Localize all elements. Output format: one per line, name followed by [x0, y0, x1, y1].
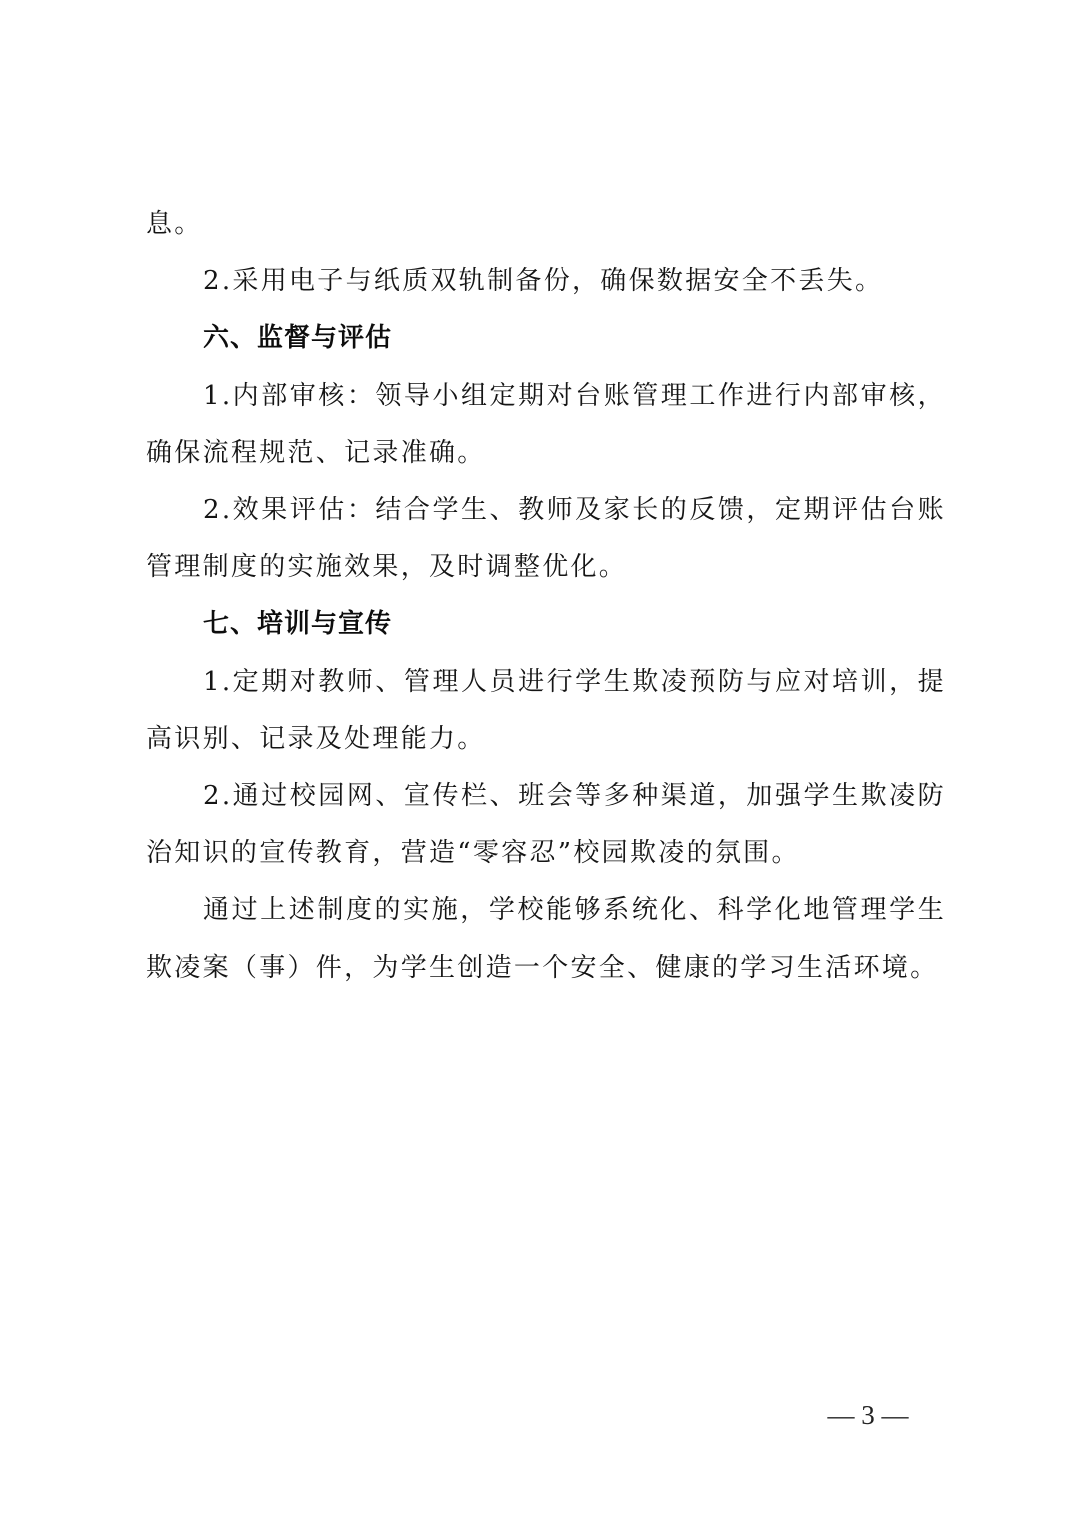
effect-evaluation-paragraph: 2.效果评估：结合学生、教师及家长的反馈，定期评估台账管理制度的实施效果，及时调… — [146, 482, 946, 596]
section-heading-training: 七、培训与宣传 — [146, 596, 946, 653]
document-body: 息。 2.采用电子与纸质双轨制备份，确保数据安全不丢失。 六、监督与评估 1.内… — [146, 196, 946, 997]
document-page: 息。 2.采用电子与纸质双轨制备份，确保数据安全不丢失。 六、监督与评估 1.内… — [0, 0, 1080, 1527]
training-item-paragraph: 1.定期对教师、管理人员进行学生欺凌预防与应对培训，提高识别、记录及处理能力。 — [146, 654, 946, 768]
internal-audit-paragraph: 1.内部审核：领导小组定期对台账管理工作进行内部审核，确保流程规范、记录准确。 — [146, 368, 946, 482]
page-number: — 3 — — [818, 1400, 918, 1431]
continuation-paragraph: 息。 — [146, 196, 946, 253]
section-heading-supervision: 六、监督与评估 — [146, 310, 946, 367]
publicity-item-paragraph: 2.通过校园网、宣传栏、班会等多种渠道，加强学生欺凌防治知识的宣传教育，营造“零… — [146, 768, 946, 882]
backup-item-paragraph: 2.采用电子与纸质双轨制备份，确保数据安全不丢失。 — [146, 253, 946, 310]
conclusion-paragraph: 通过上述制度的实施，学校能够系统化、科学化地管理学生欺凌案（事）件，为学生创造一… — [146, 882, 946, 996]
